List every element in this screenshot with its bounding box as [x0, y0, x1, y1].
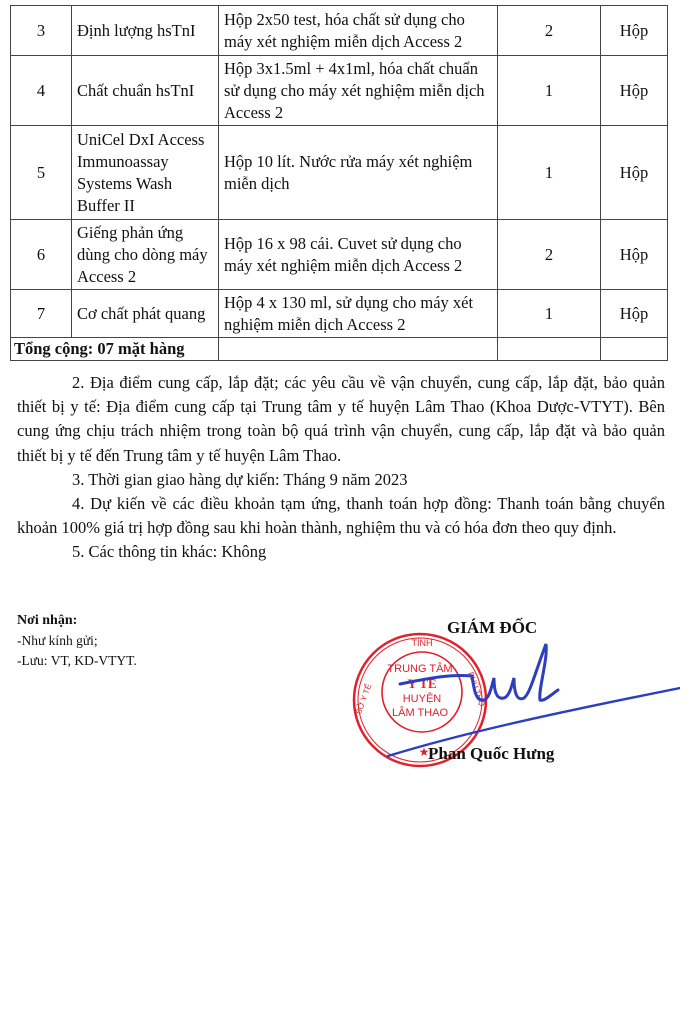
recipients-title: Nơi nhận:: [17, 611, 137, 631]
item-name: Giếng phản ứng dùng cho dòng máy Access …: [72, 220, 219, 290]
item-name: Cơ chất phát quang: [72, 290, 219, 338]
item-unit: Hộp: [601, 6, 668, 56]
item-unit: Hộp: [601, 126, 668, 220]
table-row: 5 UniCel DxI Access Immunoassay Systems …: [11, 126, 668, 220]
table-row: 3 Định lượng hsTnI Hộp 2x50 test, hóa ch…: [11, 6, 668, 56]
item-quantity: 1: [498, 126, 601, 220]
item-description: Hộp 10 lít. Nước rửa máy xét nghiệm miễn…: [219, 126, 498, 220]
recipient-item: -Như kính gửi;: [17, 631, 137, 651]
item-quantity: 1: [498, 290, 601, 338]
section-delivery-location: 2. Địa điểm cung cấp, lắp đặt; các yêu c…: [17, 371, 665, 468]
row-number: 7: [11, 290, 72, 338]
row-number: 5: [11, 126, 72, 220]
section-delivery-time: 3. Thời gian giao hàng dự kiến: Tháng 9 …: [17, 468, 665, 492]
section-other-info: 5. Các thông tin khác: Không: [17, 540, 665, 564]
item-quantity: 1: [498, 56, 601, 126]
item-description: Hộp 4 x 130 ml, sử dụng cho máy xét nghi…: [219, 290, 498, 338]
item-description: Hộp 16 x 98 cái. Cuvet sử dụng cho máy x…: [219, 220, 498, 290]
item-name: Chất chuẩn hsTnI: [72, 56, 219, 126]
signer-name: Phan Quốc Hưng: [428, 744, 554, 764]
table-row: 7 Cơ chất phát quang Hộp 4 x 130 ml, sử …: [11, 290, 668, 338]
row-number: 3: [11, 6, 72, 56]
row-number: 6: [11, 220, 72, 290]
total-label: Tổng cộng: 07 mặt hàng: [11, 338, 219, 361]
recipients-block: Nơi nhận: -Như kính gửi; -Lưu: VT, KD-VT…: [17, 611, 137, 671]
item-name: UniCel DxI Access Immunoassay Systems Wa…: [72, 126, 219, 220]
section-payment-terms: 4. Dự kiến về các điều khoản tạm ứng, th…: [17, 492, 665, 540]
item-quantity: 2: [498, 220, 601, 290]
item-description: Hộp 3x1.5ml + 4x1ml, hóa chất chuẩn sử d…: [219, 56, 498, 126]
item-unit: Hộp: [601, 220, 668, 290]
items-table: 3 Định lượng hsTnI Hộp 2x50 test, hóa ch…: [10, 5, 668, 361]
recipient-item: -Lưu: VT, KD-VTYT.: [17, 651, 137, 671]
total-empty-cell: [601, 338, 668, 361]
total-empty-cell: [498, 338, 601, 361]
row-number: 4: [11, 56, 72, 126]
document-body: 2. Địa điểm cung cấp, lắp đặt; các yêu c…: [17, 371, 665, 565]
item-quantity: 2: [498, 6, 601, 56]
item-unit: Hộp: [601, 56, 668, 126]
item-description: Hộp 2x50 test, hóa chất sử dụng cho máy …: [219, 6, 498, 56]
total-row: Tổng cộng: 07 mặt hàng: [11, 338, 668, 361]
item-name: Định lượng hsTnI: [72, 6, 219, 56]
total-empty-cell: [219, 338, 498, 361]
table-row: 4 Chất chuẩn hsTnI Hộp 3x1.5ml + 4x1ml, …: [11, 56, 668, 126]
table-row: 6 Giếng phản ứng dùng cho dòng máy Acces…: [11, 220, 668, 290]
item-unit: Hộp: [601, 290, 668, 338]
